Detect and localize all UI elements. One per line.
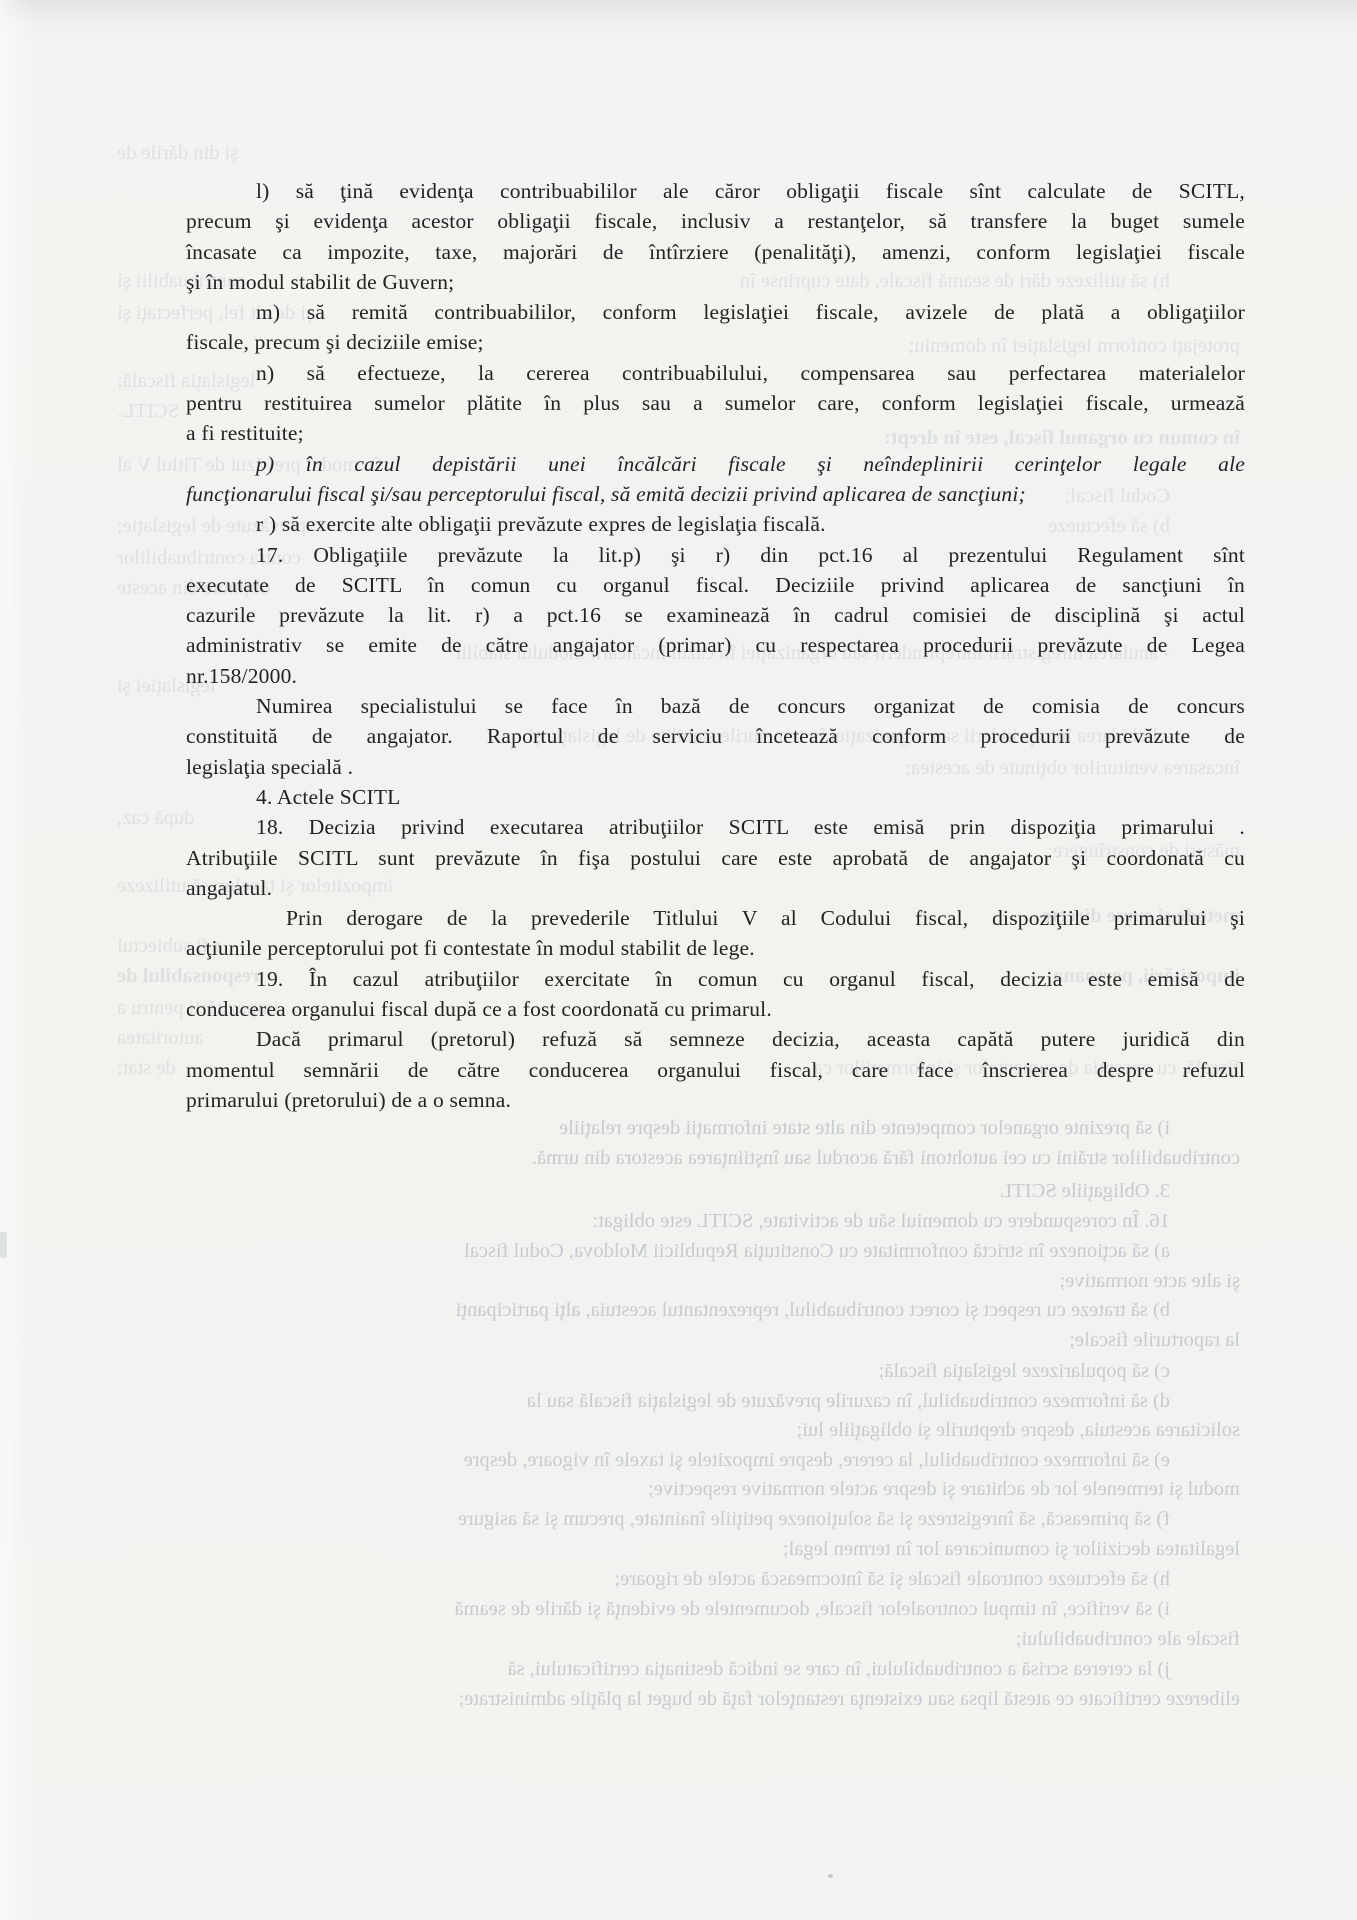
- text-line: n) să efectueze, la cererea contribuabil…: [186, 358, 1245, 388]
- text-line: precum şi evidenţa acestor obligaţii fis…: [186, 206, 1245, 236]
- text-line: funcţionarului fiscal şi/sau perceptorul…: [186, 479, 1245, 509]
- bleedthrough-line: a) să acţioneze în strictă conformitate …: [117, 1238, 1240, 1264]
- text-line: momentul semnării de către conducerea or…: [186, 1055, 1245, 1085]
- bleedthrough-line: la raporturile fiscale;: [117, 1327, 1240, 1353]
- paragraph: Numirea specialistului se face în bază d…: [186, 691, 1245, 782]
- paragraph: m) să remită contribuabililor, conform l…: [186, 297, 1245, 358]
- bleedthrough-line: contribuabililor străini cu cei autohton…: [117, 1145, 1240, 1171]
- text-line: p) în cazul depistării unei încălcări fi…: [186, 449, 1245, 479]
- text-line: 18. Decizia privind executarea atribuţii…: [186, 812, 1245, 842]
- bleedthrough-line: j) la cererea scrisă a contribuabilului,…: [117, 1656, 1240, 1682]
- bleedthrough-line: fiscale ale contribuabilului;: [117, 1626, 1240, 1652]
- bleedthrough-line: c) să popularizeze legislaţia fiscală;: [117, 1358, 1240, 1384]
- paragraph: 17. Obligaţiile prevăzute la lit.p) şi r…: [186, 540, 1245, 691]
- text-line: legislaţia specială .: [186, 752, 1245, 782]
- text-line: cazurile prevăzute la lit. r) a pct.16 s…: [186, 600, 1245, 630]
- scan-artifact-dot: [828, 1874, 833, 1878]
- text-line: 19. În cazul atribuţiilor exercitate în …: [186, 964, 1245, 994]
- text-line: Dacă primarul (pretorul) refuză să semne…: [186, 1024, 1245, 1054]
- text-line: r ) să exercite alte obligaţii prevăzute…: [186, 509, 1245, 539]
- paragraph: n) să efectueze, la cererea contribuabil…: [186, 358, 1245, 449]
- paragraph: Dacă primarul (pretorul) refuză să semne…: [186, 1024, 1245, 1115]
- bleedthrough-line: modul şi termenele lor de achitare şi de…: [117, 1476, 1240, 1502]
- bleedthrough-line: b) să trateze cu respect şi corect contr…: [117, 1297, 1240, 1323]
- text-line: Numirea specialistului se face în bază d…: [186, 691, 1245, 721]
- bleedthrough-line: 16. În corespundere cu domeniul său de a…: [117, 1208, 1240, 1234]
- text-line: angajatul.: [186, 873, 1245, 903]
- bleedthrough-line: d) să informeze contribuabilul, în cazur…: [117, 1388, 1240, 1414]
- text-line: acţiunile perceptorului pot fi contestat…: [186, 933, 1245, 963]
- bleedthrough-line: i) să verifice, în timpul controalelor f…: [117, 1596, 1240, 1622]
- paragraph: 19. În cazul atribuţiilor exercitate în …: [186, 964, 1245, 1025]
- text-line: a fi restituite;: [186, 418, 1245, 448]
- text-line: Atribuţiile SCITL sunt prevăzute în fişa…: [186, 843, 1245, 873]
- text-line: primarului (pretorului) de a o semna.: [186, 1085, 1245, 1115]
- text-line: 17. Obligaţiile prevăzute la lit.p) şi r…: [186, 540, 1245, 570]
- bleedthrough-line: şi din dările de: [117, 140, 1240, 166]
- bleedthrough-line: solicitarea acestuia, despre drepturile …: [117, 1417, 1240, 1443]
- text-line: administrativ se emite de către angajato…: [186, 630, 1245, 660]
- paragraph: l) să ţină evidenţa contribuabililor ale…: [186, 176, 1245, 297]
- text-line: 4. Actele SCITL: [186, 782, 1245, 812]
- paragraph: 4. Actele SCITL: [186, 782, 1245, 812]
- paragraph: r ) să exercite alte obligaţii prevăzute…: [186, 509, 1245, 539]
- paragraph: p) în cazul depistării unei încălcări fi…: [186, 449, 1245, 510]
- document-text-block: l) să ţină evidenţa contribuabililor ale…: [186, 176, 1245, 1115]
- bleedthrough-line: h) să efectueze controale fiscale şi să …: [117, 1566, 1240, 1592]
- bleedthrough-line: i) să prezinte organelor competente din …: [117, 1115, 1240, 1141]
- text-line: pentru restituirea sumelor plătite în pl…: [186, 388, 1245, 418]
- bleedthrough-line: legalitatea deciziilor şi comunicarea lo…: [117, 1536, 1240, 1562]
- scanned-document-page: şi din dările deh) să utilizeze dări de …: [0, 0, 1357, 1920]
- text-line: constituită de angajator. Raportul de se…: [186, 721, 1245, 751]
- bleedthrough-line: f) să primească, să înregistreze şi să s…: [117, 1506, 1240, 1532]
- bleedthrough-line: elibereze certificate ce atestă lipsa sa…: [117, 1686, 1240, 1712]
- bleedthrough-line: şi alte acte normative;: [117, 1268, 1240, 1294]
- text-line: l) să ţină evidenţa contribuabililor ale…: [186, 176, 1245, 206]
- text-line: încasate ca impozite, taxe, majorări de …: [186, 237, 1245, 267]
- text-line: Prin derogare de la prevederile Titlului…: [186, 903, 1245, 933]
- text-line: fiscale, precum şi deciziile emise;: [186, 327, 1245, 357]
- text-line: conducerea organului fiscal după ce a fo…: [186, 994, 1245, 1024]
- text-line: executate de SCITL în comun cu organul f…: [186, 570, 1245, 600]
- paragraph: 18. Decizia privind executarea atribuţii…: [186, 812, 1245, 903]
- text-line: nr.158/2000.: [186, 661, 1245, 691]
- paragraph: Prin derogare de la prevederile Titlului…: [186, 903, 1245, 964]
- text-line: m) să remită contribuabililor, conform l…: [186, 297, 1245, 327]
- bleedthrough-line: 3. Obligaţiile SCITL: [117, 1178, 1240, 1204]
- text-line: şi în modul stabilit de Guvern;: [186, 267, 1245, 297]
- bleedthrough-line: e) să informeze contribuabilul, la cerer…: [117, 1447, 1240, 1473]
- scan-artifact-smudge: [0, 1232, 7, 1258]
